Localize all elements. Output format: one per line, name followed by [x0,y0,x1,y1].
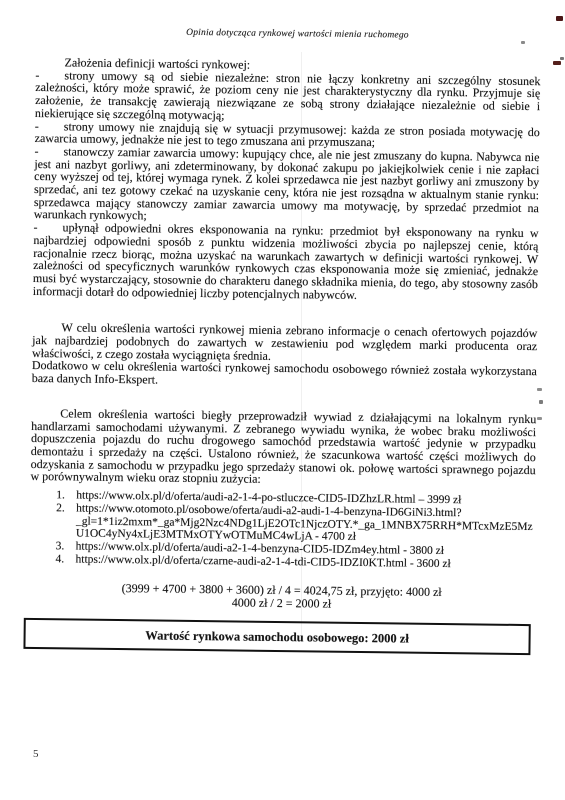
page-number: 5 [33,748,39,760]
bullet-text: stanowczy zamiar zawarcia umowy: kupując… [34,144,540,223]
market-value-result-text: Wartość rynkowa samochodu osobowego: 200… [145,628,409,645]
bullet-item-exposure-period: -upłynął odpowiedni okres eksponowania n… [33,221,539,303]
bullet-item-independent-parties: -strony umowy są od siebie niezależne: s… [35,69,541,126]
offer-url-and-price: https://www.otomoto.pl/osobowe/oferta/au… [76,502,535,546]
bullet-item-firm-intent: -stanowczy zamiar zawarcia umowy: kupują… [34,145,540,227]
scanned-document-page: Opinia dotycząca rynkowej wartości mieni… [0,0,565,800]
bullet-text: strony umowy są od siebie niezależne: st… [35,68,541,122]
market-value-result-box: Wartość rynkowa samochodu osobowego: 200… [23,618,530,656]
offer-item: 2. https://www.otomoto.pl/osobowe/oferta… [30,502,535,546]
document-body: Założenia definicji wartości rynkowej: -… [28,56,540,656]
page-content: Opinia dotycząca rynkowej wartości mieni… [0,0,565,656]
offer-number: 2. [56,502,76,540]
bullet-text: upłynął odpowiedni okres eksponowania na… [33,220,539,301]
offer-list: 1. https://www.olx.pl/d/oferta/audi-a2-1… [29,489,535,571]
paragraph-expert-interview: Celem określenia wartości biegły przepro… [30,407,536,489]
running-header: Opinia dotycząca rynkowej wartości mieni… [0,26,565,43]
offer-number: 3. [56,540,76,553]
offer-number: 4. [55,553,75,566]
offer-number: 1. [56,489,76,502]
paragraph-info-ekspert: Dodatkowo w celu określenia wartości ryn… [32,359,537,391]
